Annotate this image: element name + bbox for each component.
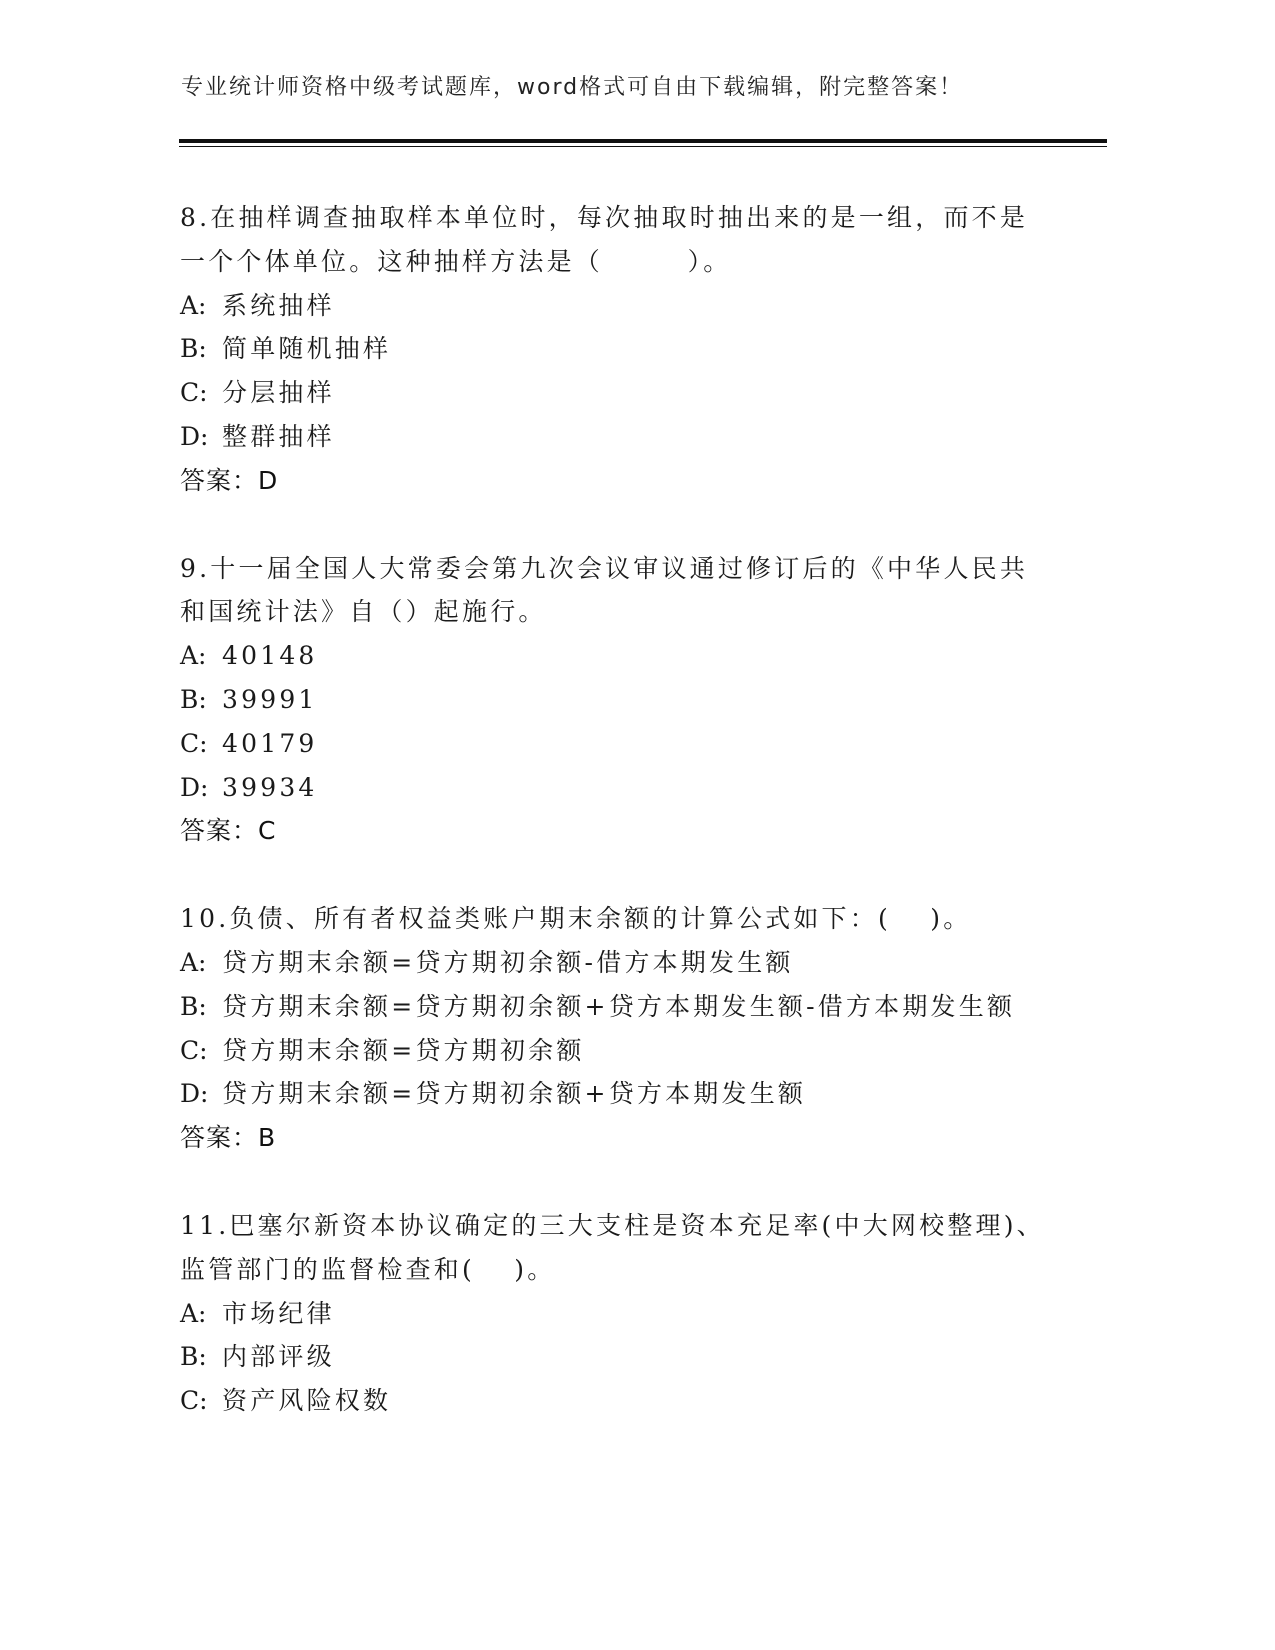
option-label: C: — [180, 1029, 222, 1073]
option-text: 40179 — [222, 729, 318, 758]
option-text: 贷方期末余额=贷方期初余额+贷方本期发生额 — [222, 1079, 806, 1108]
option-text: 资产风险权数 — [222, 1386, 391, 1415]
question-11: 11.巴塞尔新资本协议确定的三大支柱是资本充足率(中大网校整理)、 监管部门的监… — [180, 1204, 1040, 1423]
option-b: B:39991 — [180, 678, 1040, 722]
option-text: 40148 — [222, 641, 318, 670]
option-label: D: — [180, 1072, 222, 1116]
option-label: C: — [180, 371, 222, 415]
option-text: 贷方期末余额=贷方期初余额 — [222, 1036, 585, 1065]
question-list: 8.在抽样调查抽取样本单位时，每次抽取时抽出来的是一组，而不是 一个个体单位。这… — [180, 196, 1040, 1467]
option-c: C:40179 — [180, 722, 1040, 766]
option-label: A: — [180, 284, 222, 328]
question-9: 9.十一届全国人大常委会第九次会议审议通过修订后的《中华人民共 和国统计法》自（… — [180, 547, 1040, 854]
header-divider — [179, 139, 1107, 143]
option-text: 分层抽样 — [222, 378, 335, 407]
question-text: 8.在抽样调查抽取样本单位时，每次抽取时抽出来的是一组，而不是 — [180, 196, 1040, 240]
option-b: B:内部评级 — [180, 1335, 1040, 1379]
option-label: C: — [180, 722, 222, 766]
option-d: D:贷方期末余额=贷方期初余额+贷方本期发生额 — [180, 1072, 1040, 1116]
option-label: D: — [180, 415, 222, 459]
option-text: 贷方期末余额=贷方期初余额-借方本期发生额 — [222, 948, 794, 977]
header-divider-thin — [179, 146, 1107, 147]
page-header: 专业统计师资格中级考试题库，word格式可自由下载编辑，附完整答案！ — [181, 70, 963, 101]
option-label: A: — [180, 941, 222, 985]
question-10: 10.负债、所有者权益类账户期末余额的计算公式如下：( )。 A:贷方期末余额=… — [180, 897, 1040, 1160]
question-text: 9.十一届全国人大常委会第九次会议审议通过修订后的《中华人民共 — [180, 547, 1040, 591]
option-label: A: — [180, 634, 222, 678]
option-d: D:39934 — [180, 766, 1040, 810]
option-label: B: — [180, 1335, 222, 1379]
option-text: 系统抽样 — [222, 291, 335, 320]
option-text: 整群抽样 — [222, 422, 335, 451]
option-c: C:分层抽样 — [180, 371, 1040, 415]
option-d: D:整群抽样 — [180, 415, 1040, 459]
question-text: 监管部门的监督检查和( )。 — [180, 1248, 1040, 1292]
option-c: C:贷方期末余额=贷方期初余额 — [180, 1029, 1040, 1073]
question-text: 11.巴塞尔新资本协议确定的三大支柱是资本充足率(中大网校整理)、 — [180, 1204, 1040, 1248]
option-label: B: — [180, 678, 222, 722]
option-a: A:系统抽样 — [180, 284, 1040, 328]
option-text: 39991 — [222, 685, 318, 714]
option-label: A: — [180, 1292, 222, 1336]
answer: 答案：D — [180, 459, 1040, 503]
option-b: B:简单随机抽样 — [180, 327, 1040, 371]
option-text: 内部评级 — [222, 1342, 335, 1371]
option-b: B:贷方期末余额=贷方期初余额+贷方本期发生额-借方本期发生额 — [180, 985, 1040, 1029]
answer: 答案：C — [180, 809, 1040, 853]
option-label: B: — [180, 327, 222, 371]
question-8: 8.在抽样调查抽取样本单位时，每次抽取时抽出来的是一组，而不是 一个个体单位。这… — [180, 196, 1040, 503]
question-text: 和国统计法》自（）起施行。 — [180, 590, 1040, 634]
option-text: 贷方期末余额=贷方期初余额+贷方本期发生额-借方本期发生额 — [222, 992, 1015, 1021]
question-text: 10.负债、所有者权益类账户期末余额的计算公式如下：( )。 — [180, 897, 1040, 941]
option-text: 简单随机抽样 — [222, 334, 391, 363]
option-text: 39934 — [222, 773, 318, 802]
option-a: A:40148 — [180, 634, 1040, 678]
option-c: C:资产风险权数 — [180, 1379, 1040, 1423]
option-label: B: — [180, 985, 222, 1029]
answer: 答案：B — [180, 1116, 1040, 1160]
option-text: 市场纪律 — [222, 1299, 335, 1328]
option-label: C: — [180, 1379, 222, 1423]
option-a: A:市场纪律 — [180, 1292, 1040, 1336]
option-label: D: — [180, 766, 222, 810]
question-text: 一个个体单位。这种抽样方法是（ ）。 — [180, 240, 1040, 284]
option-a: A:贷方期末余额=贷方期初余额-借方本期发生额 — [180, 941, 1040, 985]
